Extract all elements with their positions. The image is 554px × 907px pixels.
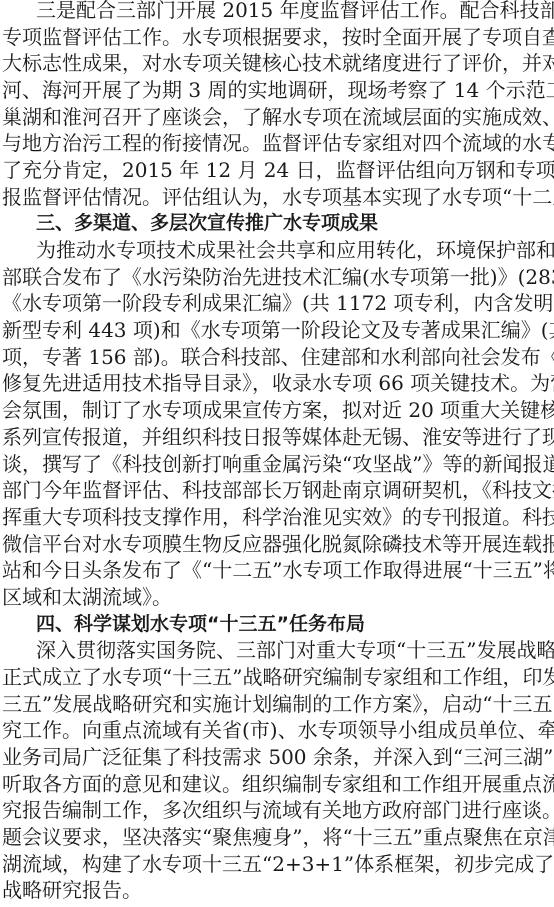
line-text: 业务司局广泛征集了科技需求 500 余条，并深入到“三河三湖”重点流域调研， bbox=[2, 744, 552, 771]
line-text: 三、多渠道、多层次宣传推广水专项成果 bbox=[36, 212, 378, 234]
line-text: 战略研究报告。 bbox=[2, 878, 142, 902]
paragraph-line: 修复先进适用技术指导目录》，收录水专项 66 项关键技术。为营造良好水专项社 bbox=[2, 370, 552, 397]
line-text: 了充分肯定，2015 年 12 月 24 日，监督评估组向万钢和专项第一行政责任… bbox=[2, 157, 552, 184]
paragraph-line: 为推动水专项技术成果社会共享和应用转化，环境保护部和住房城乡建设 bbox=[36, 237, 552, 264]
paragraph-line: 系列宣传报道，并组织科技日报等媒体赴无锡、淮安等进行了现场考察和宣传访 bbox=[2, 424, 552, 451]
paragraph-line: 与地方治污工程的衔接情况。监督评估专家组对四个流域的水专项实施成效给予 bbox=[2, 130, 552, 157]
section-heading: 四、科学谋划水专项“十三五”任务布局 bbox=[36, 611, 365, 638]
paragraph-line: 三五”发展战略研究和实施计划编制的工作方案》，启动“十三五”战略规划研 bbox=[2, 691, 552, 718]
line-text: 微信平台对水专项膜生物反应器强化脱氮除磷技术等开展连载报道。在环保部网 bbox=[2, 531, 552, 558]
line-text: 专项监督评估工作。水专项根据要求，按时全面开展了专项自查工作，凝练了七 bbox=[2, 24, 552, 51]
paragraph-line: 新型专利 443 项)和《水专项第一阶段论文及专著成果汇编》(其中论文成果 21… bbox=[2, 317, 552, 344]
paragraph-line: 部门今年监督评估、科技部部长万钢赴南京调研契机，《科技文摘报》发布的《发 bbox=[2, 477, 552, 504]
line-text: 与地方治污工程的衔接情况。监督评估专家组对四个流域的水专项实施成效给予 bbox=[2, 130, 552, 157]
paragraph-line: 了充分肯定，2015 年 12 月 24 日，监督评估组向万钢和专项第一行政责任… bbox=[2, 157, 552, 184]
paragraph-line: 巢湖和淮河召开了座谈会，了解水专项在流域层面的实施成效、成果推广应用及 bbox=[2, 104, 552, 131]
line-text: 深入贯彻落实国务院、三部门对重大专项“十三五”发展战略研究的要求， bbox=[36, 637, 552, 664]
line-text: 河、海河开展了为期 3 周的实地调研，现场考察了 14 个示范工程，并在太湖、 bbox=[2, 77, 552, 104]
line-text: 会氛围，制订了水专项成果宣传方案，拟对近 20 项重大关键核心技术成果开展 bbox=[2, 397, 552, 424]
paragraph-line: 专项监督评估工作。水专项根据要求，按时全面开展了专项自查工作，凝练了七 bbox=[2, 24, 552, 51]
paragraph-line: 听取各方面的意见和建议。组织编制专家组和工作组开展重点流域和专项传略研 bbox=[2, 771, 552, 798]
line-text: 部联合发布了《水污染防治先进技术汇编(水专项第一批)》(283 项先进技术)、 bbox=[2, 264, 552, 291]
line-text: 区域和太湖流域》。 bbox=[2, 585, 172, 609]
paragraph-line: 正式成立了水专项“十三五”战略研究编制专家组和工作组，印发了《水专项“十 bbox=[2, 664, 552, 691]
paragraph-line: 挥重大专项科技支撑作用，科学治淮见实效》的专刊报道。科技部官方《锐科技》 bbox=[2, 504, 552, 531]
line-text: 部门今年监督评估、科技部部长万钢赴南京调研契机，《科技文摘报》发布的《发 bbox=[2, 477, 552, 504]
line-text: 湖流域，构建了水专项十三五“2+3+1”体系框架，初步完成了水专项“十三五” bbox=[2, 851, 552, 878]
section-heading: 三、多渠道、多层次宣传推广水专项成果 bbox=[36, 210, 378, 237]
line-text: 正式成立了水专项“十三五”战略研究编制专家组和工作组，印发了《水专项“十 bbox=[2, 664, 552, 691]
paragraph-line: 站和今日头条发布了《“十二五”水专项工作取得进展“十三五”将聚焦京津冀 bbox=[2, 557, 552, 584]
line-text: 究工作。向重点流域有关省(市)、水专项领导小组成员单位、牵头组织部门相关 bbox=[2, 717, 552, 744]
line-text: 《水专项第一阶段专利成果汇编》(共 1172 项专利，内含发明专利 729 项，… bbox=[2, 290, 552, 317]
line-text: 新型专利 443 项)和《水专项第一阶段论文及专著成果汇编》(其中论文成果 21… bbox=[2, 317, 552, 344]
paragraph-line: 大标志性成果，对水专项关键核心技术就绪度进行了评价，并对太湖、巢湖、淮 bbox=[2, 50, 552, 77]
paragraph-line: 报监督评估情况。评估组认为，水专项基本实现了水专项“十二五”阶段目标。 bbox=[2, 184, 552, 211]
paragraph-line: 区域和太湖流域》。 bbox=[2, 584, 172, 611]
paragraph-line: 题会议要求，坚决落实“聚焦瘦身”，将“十三五”重点聚焦在京津冀区域和太 bbox=[2, 824, 552, 851]
line-text: 四、科学谋划水专项“十三五”任务布局 bbox=[36, 613, 365, 635]
paragraph-line: 谈，撰写了《科技创新打响重金属污染“攻坚战”》等的新闻报道材料。结合三 bbox=[2, 451, 552, 478]
paragraph-line: 究工作。向重点流域有关省(市)、水专项领导小组成员单位、牵头组织部门相关 bbox=[2, 717, 552, 744]
paragraph-line: 业务司局广泛征集了科技需求 500 余条，并深入到“三河三湖”重点流域调研， bbox=[2, 744, 552, 771]
line-text: 三五”发展战略研究和实施计划编制的工作方案》，启动“十三五”战略规划研 bbox=[2, 691, 552, 718]
line-text: 题会议要求，坚决落实“聚焦瘦身”，将“十三五”重点聚焦在京津冀区域和太 bbox=[2, 824, 552, 851]
paragraph-line: 究报告编制工作，多次组织与流域有关地方政府部门进行座谈。按照两次部长专 bbox=[2, 797, 552, 824]
line-text: 系列宣传报道，并组织科技日报等媒体赴无锡、淮安等进行了现场考察和宣传访 bbox=[2, 424, 552, 451]
paragraph-line: 湖流域，构建了水专项十三五“2+3+1”体系框架，初步完成了水专项“十三五” bbox=[2, 851, 552, 878]
line-text: 三是配合三部门开展 2015 年度监督评估工作。配合科技部开展 2015 年水 bbox=[36, 0, 552, 24]
line-text: 挥重大专项科技支撑作用，科学治淮见实效》的专刊报道。科技部官方《锐科技》 bbox=[2, 504, 552, 531]
paragraph-line: 战略研究报告。 bbox=[2, 877, 142, 904]
paragraph-line: 深入贯彻落实国务院、三部门对重大专项“十三五”发展战略研究的要求， bbox=[36, 637, 552, 664]
line-text: 谈，撰写了《科技创新打响重金属污染“攻坚战”》等的新闻报道材料。结合三 bbox=[2, 451, 552, 478]
line-text: 大标志性成果，对水专项关键核心技术就绪度进行了评价，并对太湖、巢湖、淮 bbox=[2, 50, 552, 77]
line-text: 修复先进适用技术指导目录》，收录水专项 66 项关键技术。为营造良好水专项社 bbox=[2, 370, 552, 397]
line-text: 听取各方面的意见和建议。组织编制专家组和工作组开展重点流域和专项传略研 bbox=[2, 771, 552, 798]
paragraph-line: 部联合发布了《水污染防治先进技术汇编(水专项第一批)》(283 项先进技术)、 bbox=[2, 264, 552, 291]
line-text: 为推动水专项技术成果社会共享和应用转化，环境保护部和住房城乡建设 bbox=[36, 237, 552, 264]
paragraph-line: 三是配合三部门开展 2015 年度监督评估工作。配合科技部开展 2015 年水 bbox=[36, 0, 552, 24]
paragraph-line: 《水专项第一阶段专利成果汇编》(共 1172 项专利，内含发明专利 729 项，… bbox=[2, 290, 552, 317]
line-text: 究报告编制工作，多次组织与流域有关地方政府部门进行座谈。按照两次部长专 bbox=[2, 797, 552, 824]
paragraph-line: 微信平台对水专项膜生物反应器强化脱氮除磷技术等开展连载报道。在环保部网 bbox=[2, 531, 552, 558]
line-text: 站和今日头条发布了《“十二五”水专项工作取得进展“十三五”将聚焦京津冀 bbox=[2, 557, 552, 584]
paragraph-line: 会氛围，制订了水专项成果宣传方案，拟对近 20 项重大关键核心技术成果开展 bbox=[2, 397, 552, 424]
line-text: 巢湖和淮河召开了座谈会，了解水专项在流域层面的实施成效、成果推广应用及 bbox=[2, 104, 552, 131]
paragraph-line: 项，专著 156 部)。联合科技部、住建部和水利部向社会发布《节水治污水生态 bbox=[2, 344, 552, 371]
line-text: 项，专著 156 部)。联合科技部、住建部和水利部向社会发布《节水治污水生态 bbox=[2, 344, 552, 371]
paragraph-line: 河、海河开展了为期 3 周的实地调研，现场考察了 14 个示范工程，并在太湖、 bbox=[2, 77, 552, 104]
line-text: 报监督评估情况。评估组认为，水专项基本实现了水专项“十二五”阶段目标。 bbox=[2, 184, 552, 211]
